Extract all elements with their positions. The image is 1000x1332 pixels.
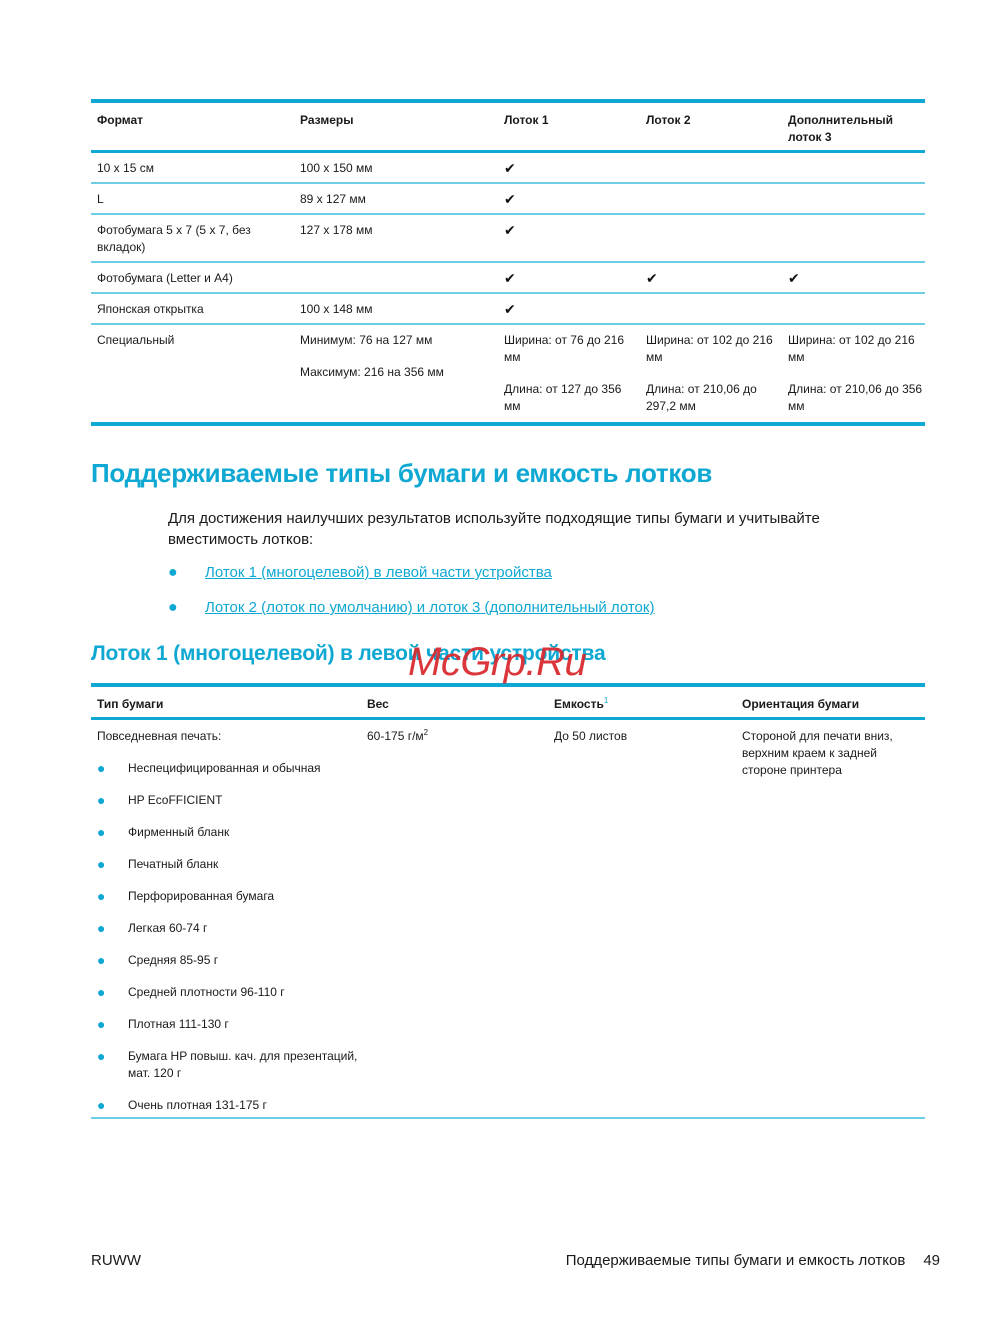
cell-size: 89 x 127 мм	[300, 191, 490, 208]
cell-size: 127 x 178 мм	[300, 222, 490, 239]
bullet-icon: ●	[97, 1097, 105, 1114]
footnote-link[interactable]: 1	[604, 696, 608, 705]
paper-type: Легкая 60-74 г	[128, 920, 368, 937]
header-tray3: Дополнительный лоток 3	[788, 112, 908, 146]
format-table: Формат Размеры Лоток 1 Лоток 2 Дополните…	[91, 99, 925, 426]
custom-size-max: Максимум: 216 на 356 мм	[300, 364, 490, 381]
bullet-icon: ●	[168, 563, 178, 583]
checkmark-icon: ✔	[504, 223, 516, 237]
table-row: Фотобумага (Letter и A4)✔✔✔	[91, 263, 925, 292]
footer-section: Поддерживаемые типы бумаги и емкость лот…	[566, 1252, 940, 1269]
checkmark-icon: ✔	[788, 271, 800, 285]
header-paper-type: Тип бумаги	[97, 696, 357, 713]
checkmark-icon: ✔	[646, 271, 658, 285]
cell-format: L	[97, 191, 287, 208]
link-tray2-3[interactable]: Лоток 2 (лоток по умолчанию) и лоток 3 (…	[205, 598, 654, 618]
paper-type: Печатный бланк	[128, 856, 368, 873]
table-header-row: Формат Размеры Лоток 1 Лоток 2 Дополните…	[91, 103, 925, 150]
weight-value: 60-175 г/м2	[367, 728, 537, 745]
checkmark-icon: ✔	[504, 192, 516, 206]
bullet-icon: ●	[97, 984, 105, 1001]
table-row: Повседневная печать: 60-175 г/м2 До 50 л…	[91, 720, 925, 1117]
checkmark-icon: ✔	[504, 302, 516, 316]
bullet-icon: ●	[97, 760, 105, 777]
bullet-icon: ●	[97, 856, 105, 873]
bullet-icon: ●	[97, 952, 105, 969]
custom-tray1-length: Длина: от 127 до 356 мм	[504, 381, 639, 415]
cell-format: 10 x 15 см	[97, 160, 287, 177]
paper-type: HP EcoFFICIENT	[128, 792, 368, 809]
header-tray1: Лоток 1	[504, 112, 639, 129]
table-header-row: Тип бумаги Вес Емкость1 Ориентация бумаг…	[91, 687, 925, 717]
custom-tray2-length: Длина: от 210,06 до 297,2 мм	[646, 381, 781, 415]
custom-tray3-length: Длина: от 210,06 до 356 мм	[788, 381, 923, 415]
checkmark-icon: ✔	[504, 161, 516, 175]
paper-type-label: Повседневная печать:	[97, 728, 357, 745]
bullet-icon: ●	[97, 792, 105, 809]
custom-size-min: Минимум: 76 на 127 мм	[300, 332, 490, 349]
paper-type: Фирменный бланк	[128, 824, 368, 841]
custom-tray2-width: Ширина: от 102 до 216 мм	[646, 332, 781, 366]
header-capacity: Емкость1	[554, 696, 724, 713]
header-weight: Вес	[367, 696, 537, 713]
watermark: McGrp.Ru	[408, 640, 586, 685]
custom-format: Специальный	[97, 332, 287, 349]
orientation-value: Стороной для печати вниз, верхним краем …	[742, 728, 922, 779]
table-row: 10 x 15 см100 x 150 мм✔	[91, 153, 925, 182]
header-tray2: Лоток 2	[646, 112, 781, 129]
checkmark-icon: ✔	[504, 271, 516, 285]
bullet-icon: ●	[97, 888, 105, 905]
bullet-icon: ●	[97, 824, 105, 841]
link-tray1[interactable]: Лоток 1 (многоцелевой) в левой части уст…	[205, 563, 552, 583]
footer-section-title: Поддерживаемые типы бумаги и емкость лот…	[566, 1252, 906, 1269]
header-size: Размеры	[300, 112, 490, 129]
footer-doc-code: RUWW	[91, 1252, 141, 1269]
paper-type: Средней плотности 96-110 г	[128, 984, 368, 1001]
custom-tray3-width: Ширина: от 102 до 216 мм	[788, 332, 923, 366]
bullet-icon: ●	[97, 1016, 105, 1033]
cell-format: Фотобумага 5 x 7 (5 x 7, без вкладок)	[97, 222, 287, 256]
capacity-value: До 50 листов	[554, 728, 724, 745]
section-intro: Для достижения наилучших результатов исп…	[168, 508, 888, 550]
bullet-icon: ●	[97, 920, 105, 937]
header-format: Формат	[97, 112, 287, 129]
table-bottom-border	[91, 422, 925, 426]
table-row: Японская открытка100 x 148 мм✔	[91, 294, 925, 323]
tray1-table: Тип бумаги Вес Емкость1 Ориентация бумаг…	[91, 683, 925, 1119]
table-row: Фотобумага 5 x 7 (5 x 7, без вкладок)127…	[91, 215, 925, 261]
custom-tray1-width: Ширина: от 76 до 216 мм	[504, 332, 639, 366]
paper-type: Плотная 111-130 г	[128, 1016, 368, 1033]
page-number: 49	[923, 1252, 940, 1269]
table-row: L89 x 127 мм✔	[91, 184, 925, 213]
bullet-icon: ●	[97, 1048, 105, 1065]
table-bottom-border	[91, 1117, 925, 1119]
section-heading: Поддерживаемые типы бумаги и емкость лот…	[91, 458, 712, 489]
paper-type: Средняя 85-95 г	[128, 952, 368, 969]
table-row-custom: Специальный Минимум: 76 на 127 мм Максим…	[91, 325, 925, 422]
paper-type: Бумага HP повыш. кач. для презентаций, м…	[128, 1048, 368, 1082]
paper-type: Очень плотная 131-175 г	[128, 1097, 368, 1114]
paper-type: Перфорированная бумага	[128, 888, 368, 905]
header-orientation: Ориентация бумаги	[742, 696, 922, 713]
paper-type: Неспецифицированная и обычная	[128, 760, 368, 777]
cell-size: 100 x 150 мм	[300, 160, 490, 177]
cell-format: Японская открытка	[97, 301, 287, 318]
cell-format: Фотобумага (Letter и A4)	[97, 270, 287, 287]
bullet-icon: ●	[168, 598, 178, 618]
cell-size: 100 x 148 мм	[300, 301, 490, 318]
